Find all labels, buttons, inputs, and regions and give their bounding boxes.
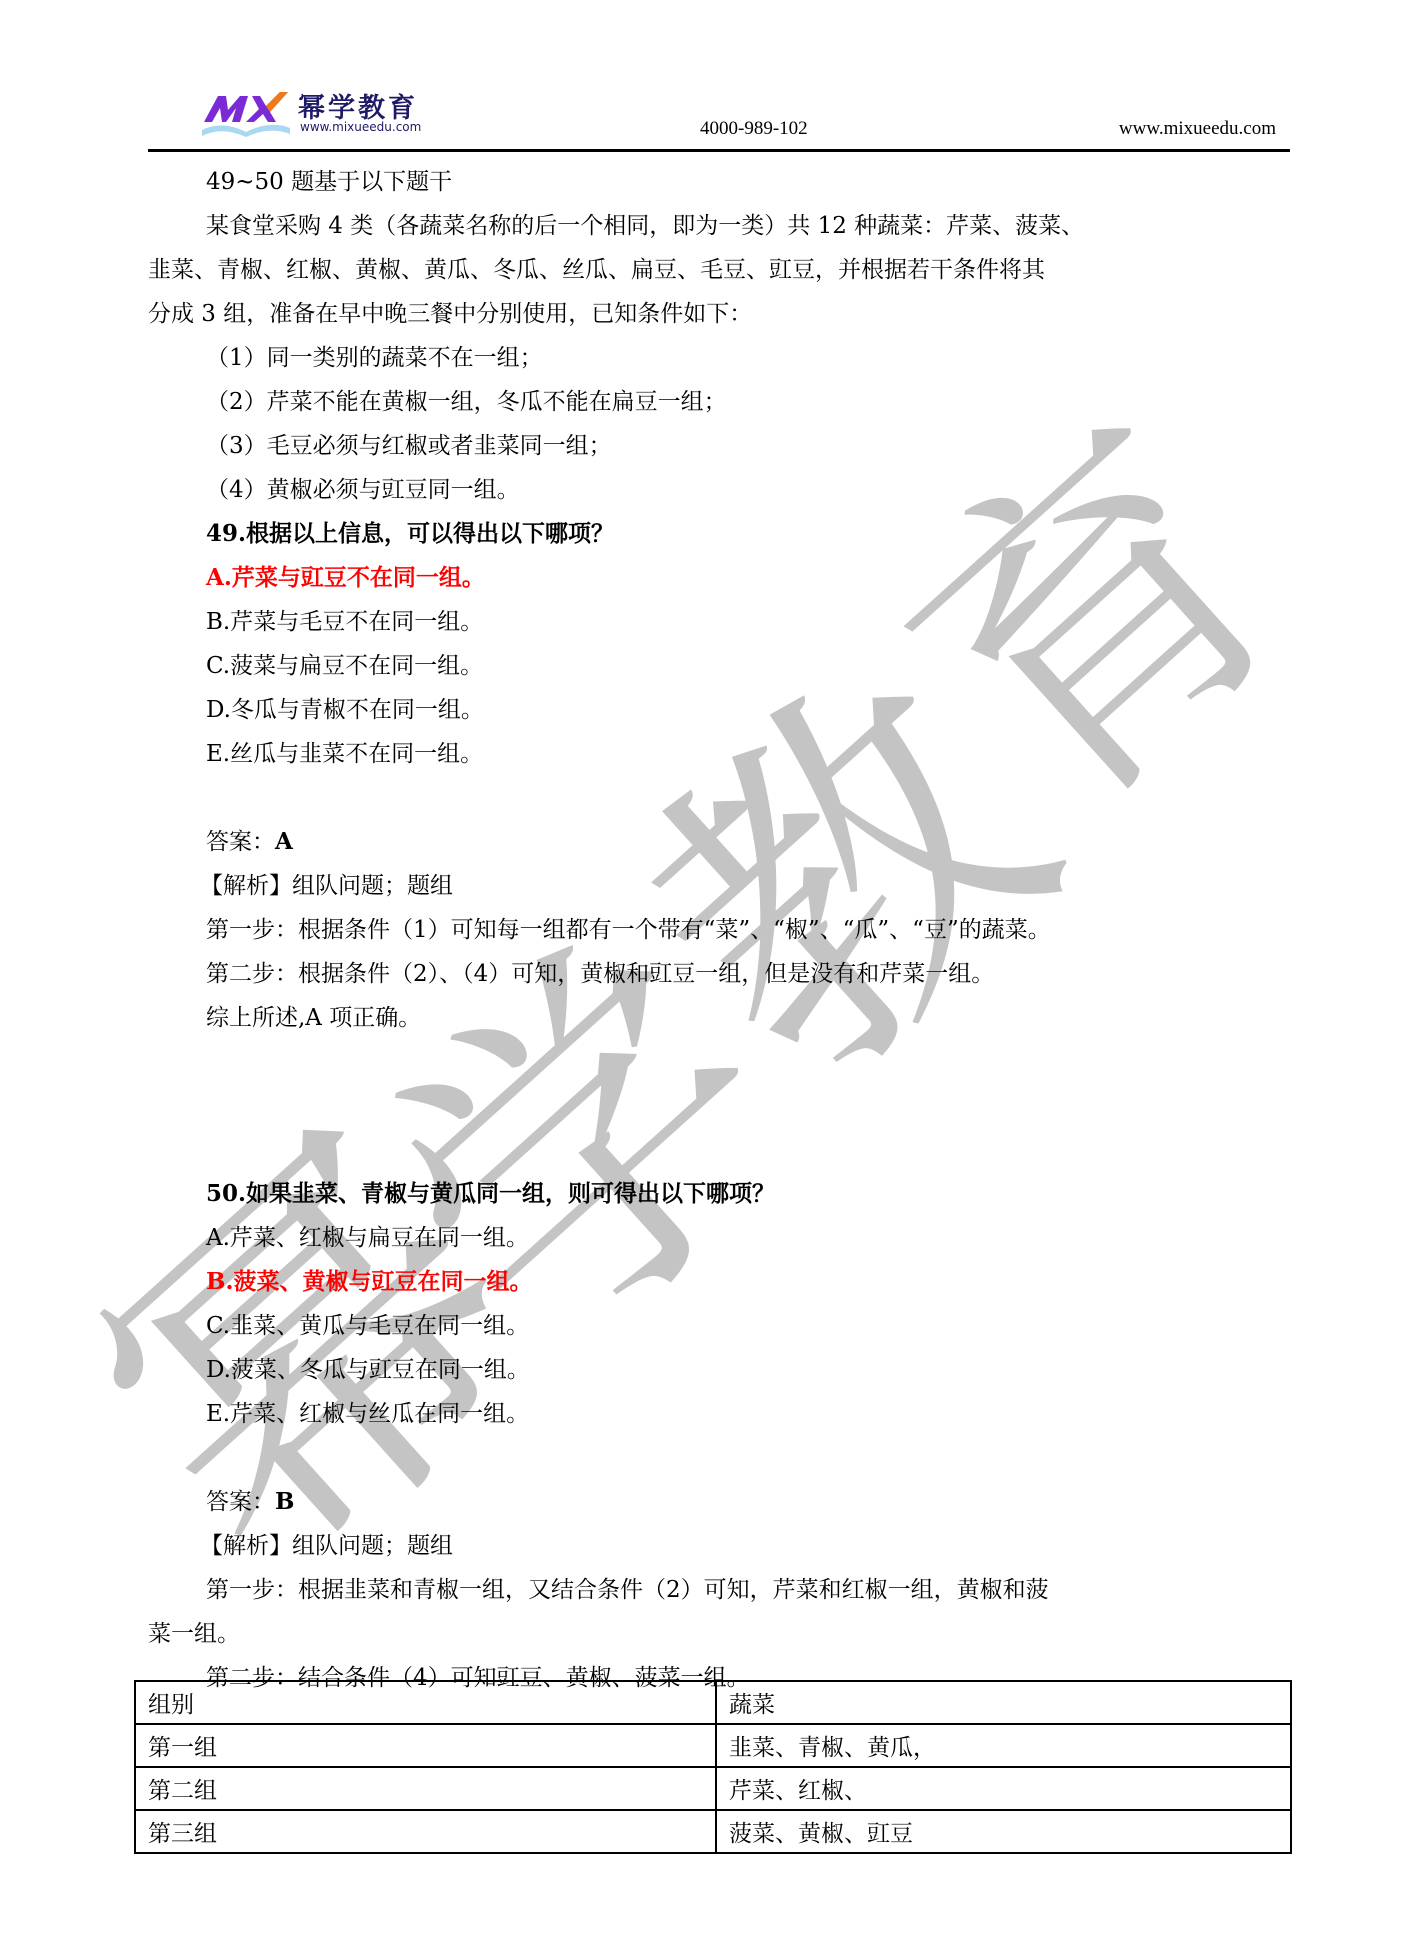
condition-2: （2）芹菜不能在黄椒一组，冬瓜不能在扁豆一组； (148, 380, 1290, 424)
table-row: 第一组 韭菜、青椒、黄瓜， (135, 1724, 1291, 1767)
q50-option-a: A.芹菜、红椒与扁豆在同一组。 (148, 1216, 1290, 1260)
q50-option-e: E.芹菜、红椒与丝瓜在同一组。 (148, 1392, 1290, 1436)
answer-prefix: 答案： (206, 1489, 275, 1515)
table-cell-group: 第二组 (135, 1767, 716, 1810)
table-cell-group: 第一组 (135, 1724, 716, 1767)
stem-paragraph-line: 某食堂采购 4 类（各蔬菜名称的后一个相同，即为一类）共 12 种蔬菜：芹菜、菠… (148, 204, 1290, 248)
q49-option-c: C.菠菜与扁豆不在同一组。 (148, 644, 1290, 688)
q49-option-d: D.冬瓜与青椒不在同一组。 (148, 688, 1290, 732)
q49-step-2: 第二步：根据条件（2）、（4）可知，黄椒和豇豆一组，但是没有和芹菜一组。 (148, 952, 1290, 996)
table-cell-group: 第三组 (135, 1810, 716, 1853)
table-row: 第三组 菠菜、黄椒、豇豆 (135, 1810, 1291, 1853)
analysis-topic: 组队问题；题组 (292, 873, 453, 899)
answer-value: B (275, 1488, 294, 1515)
q50-option-b-correct: B.菠菜、黄椒与豇豆在同一组。 (148, 1260, 1290, 1304)
table-header-cell: 蔬菜 (716, 1681, 1291, 1724)
analysis-title: 【解析】 (200, 873, 292, 899)
answer-prefix: 答案： (206, 829, 275, 855)
website-link[interactable]: www.mixueedu.com (1119, 118, 1276, 140)
q49-step-1: 第一步：根据条件（1）可知每一组都有一个带有“菜”、“椒”、“瓜”、“豆”的蔬菜… (148, 908, 1290, 952)
q49-question: 49.根据以上信息，可以得出以下哪项？ (148, 512, 1290, 556)
stem-intro: 49~50 题基于以下题干 (148, 160, 1290, 204)
document-body: 49~50 题基于以下题干 某食堂采购 4 类（各蔬菜名称的后一个相同，即为一类… (148, 160, 1290, 1700)
page-header: 幂学教育 www.mixueedu.com 4000-989-102 www.m… (148, 80, 1290, 158)
answer-value: A (275, 828, 293, 855)
stem-paragraph-line: 分成 3 组，准备在早中晚三餐中分别使用，已知条件如下： (148, 292, 1290, 336)
q50-step-1: 第一步：根据韭菜和青椒一组，又结合条件（2）可知，芹菜和红椒一组，黄椒和菠 (148, 1568, 1290, 1612)
q50-option-c: C.韭菜、黄瓜与毛豆在同一组。 (148, 1304, 1290, 1348)
analysis-topic: 组队问题；题组 (292, 1533, 453, 1559)
table-header-row: 组别 蔬菜 (135, 1681, 1291, 1724)
q49-conclusion: 综上所述,A 项正确。 (148, 996, 1290, 1040)
condition-3: （3）毛豆必须与红椒或者韭菜同一组； (148, 424, 1290, 468)
q49-option-e: E.丝瓜与韭菜不在同一组。 (148, 732, 1290, 776)
table-cell-vegetables: 韭菜、青椒、黄瓜， (716, 1724, 1291, 1767)
brand-logo: 幂学教育 www.mixueedu.com (200, 86, 460, 146)
header-divider (148, 149, 1290, 152)
q49-option-b: B.芹菜与毛豆不在同一组。 (148, 600, 1290, 644)
q49-option-a-correct: A.芹菜与豇豆不在同一组。 (148, 556, 1290, 600)
table-row: 第二组 芹菜、红椒、 (135, 1767, 1291, 1810)
table-header-cell: 组别 (135, 1681, 716, 1724)
q49-analysis-heading: 【解析】组队问题；题组 (148, 864, 1290, 908)
condition-1: （1）同一类别的蔬菜不在一组； (148, 336, 1290, 380)
phone-number: 4000-989-102 (700, 118, 808, 140)
group-table: 组别 蔬菜 第一组 韭菜、青椒、黄瓜， 第二组 芹菜、红椒、 第三组 菠菜、黄椒… (134, 1680, 1292, 1854)
stem-paragraph-line: 韭菜、青椒、红椒、黄椒、黄瓜、冬瓜、丝瓜、扁豆、毛豆、豇豆，并根据若干条件将其 (148, 248, 1290, 292)
q49-answer: 答案：A (148, 820, 1290, 864)
q50-step-1-cont: 菜一组。 (148, 1612, 1290, 1656)
brand-url: www.mixueedu.com (300, 120, 421, 134)
table-cell-vegetables: 菠菜、黄椒、豇豆 (716, 1810, 1291, 1853)
condition-4: （4）黄椒必须与豇豆同一组。 (148, 468, 1290, 512)
q50-option-d: D.菠菜、冬瓜与豇豆在同一组。 (148, 1348, 1290, 1392)
mx-logo-icon (200, 90, 292, 138)
table-cell-vegetables: 芹菜、红椒、 (716, 1767, 1291, 1810)
q50-analysis-heading: 【解析】组队问题；题组 (148, 1524, 1290, 1568)
q50-question: 50.如果韭菜、青椒与黄瓜同一组，则可得出以下哪项？ (148, 1172, 1290, 1216)
q50-answer: 答案：B (148, 1480, 1290, 1524)
analysis-title: 【解析】 (200, 1533, 292, 1559)
